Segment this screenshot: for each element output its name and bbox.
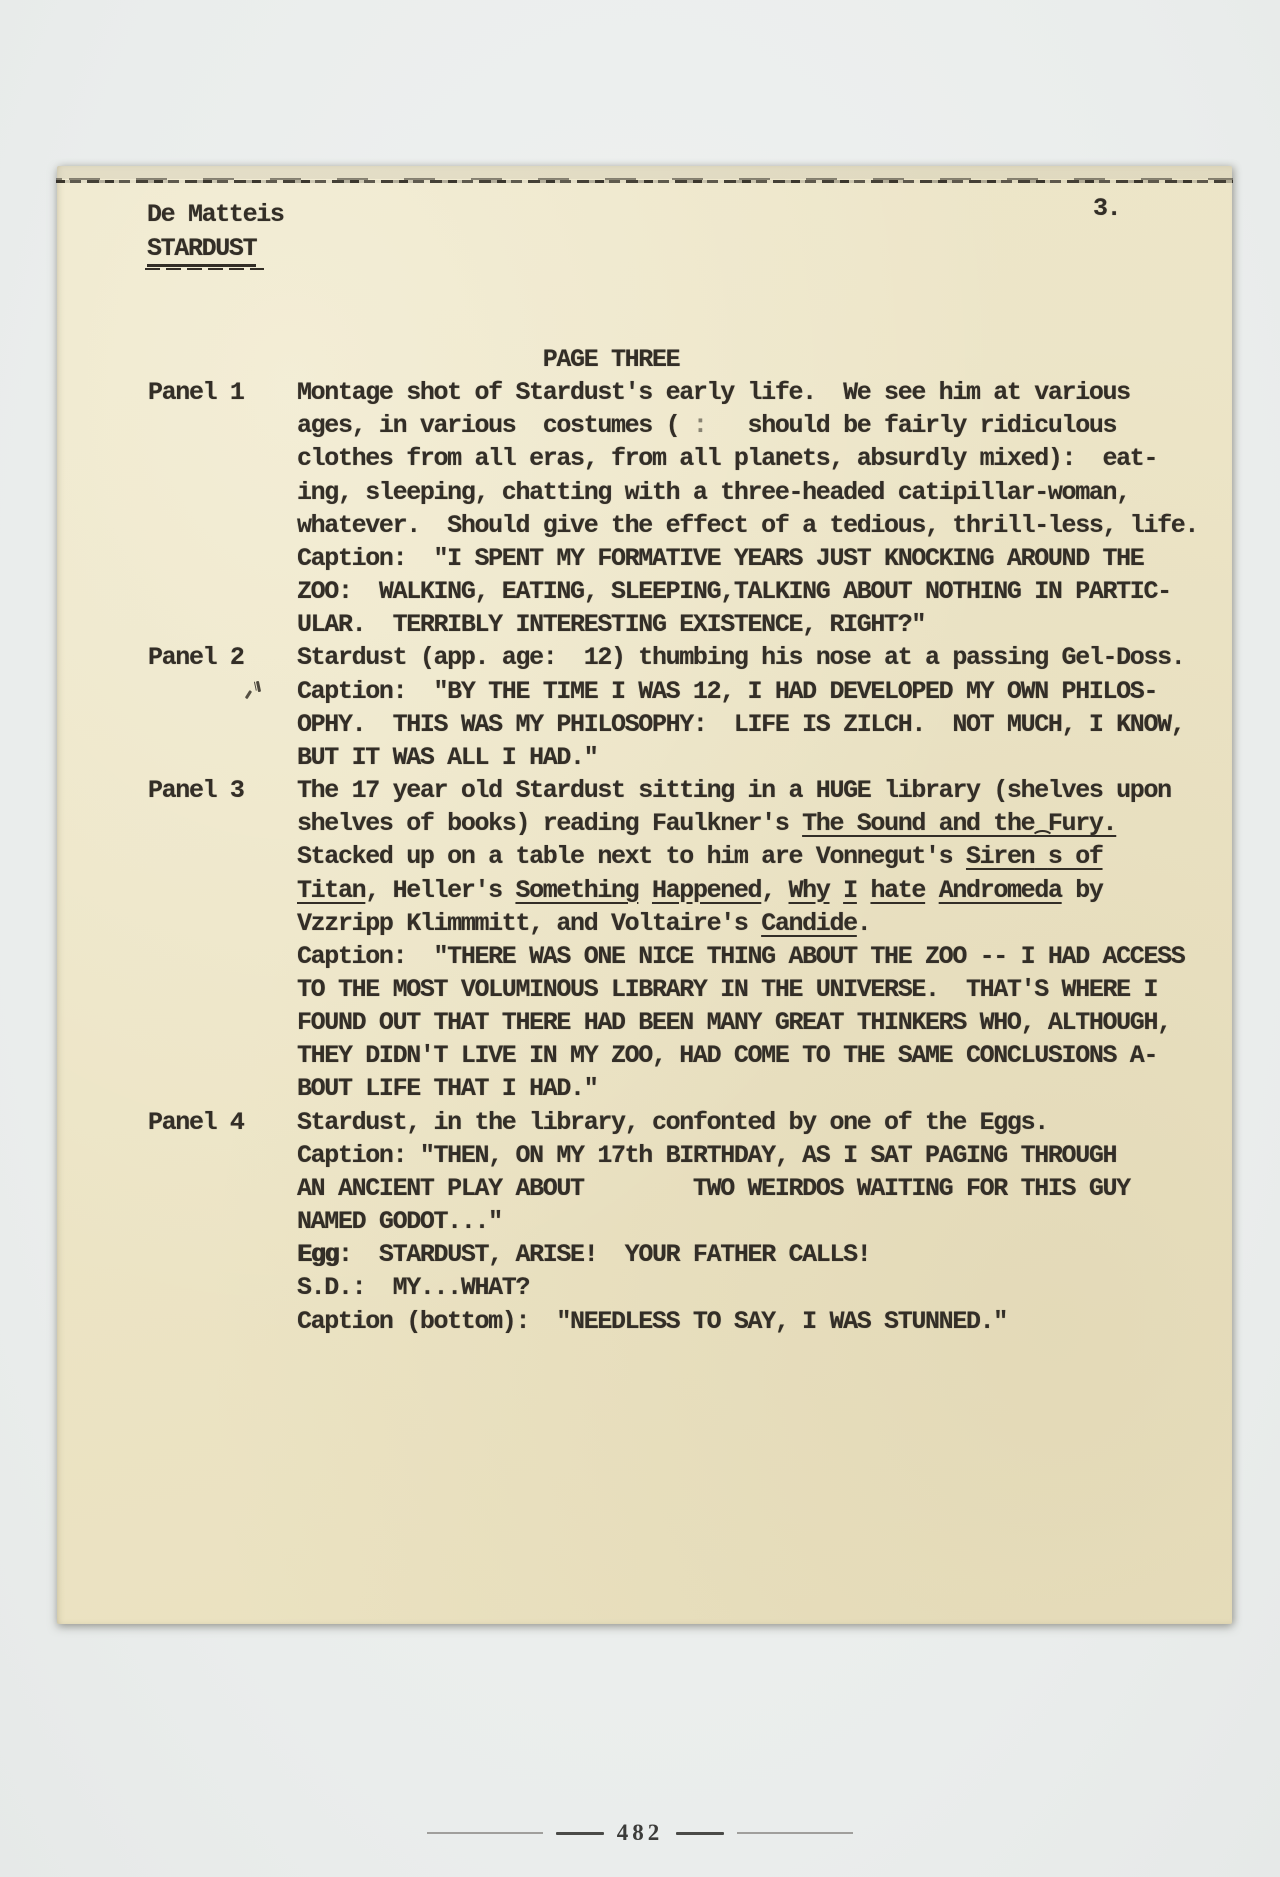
script-line-text: TO THE MOST VOLUMINOUS LIBRARY IN THE UN…: [297, 973, 1206, 1006]
panel-label: [148, 1305, 297, 1338]
script-line-text: S.D.: MY...WHAT?: [297, 1271, 1206, 1304]
panel-label: [148, 608, 297, 641]
text-segment: Vzzripp Klimmmitt, and Voltaire's: [297, 909, 761, 938]
footer-rule-right-thin: [737, 1832, 853, 1834]
text-segment: I: [843, 876, 857, 905]
text-segment: shelves of books) reading Faulkner's: [297, 809, 802, 838]
script-line-text: AN ANCIENT PLAY ABOUT TWO WEIRDOS WAITIN…: [297, 1172, 1206, 1205]
text-segment: The Sound and the Fury.: [802, 809, 1116, 838]
panel-label: Panel 3: [148, 774, 297, 807]
text-segment: THEY DIDN'T LIVE IN MY ZOO, HAD COME TO …: [297, 1041, 1157, 1070]
text-segment: Andromeda: [939, 876, 1062, 905]
script-line-text: Stacked up on a table next to him are Vo…: [297, 840, 1206, 873]
header-title: STARDUST: [147, 234, 256, 267]
text-segment: hate: [870, 876, 925, 905]
script-line: AN ANCIENT PLAY ABOUT TWO WEIRDOS WAITIN…: [148, 1172, 1206, 1205]
text-segment: .: [857, 909, 871, 938]
panel-label: [148, 973, 297, 1006]
script-line: PAGE THREE: [148, 343, 1206, 376]
panel-label: Panel 1: [148, 376, 297, 409]
text-segment: Happened: [652, 876, 761, 905]
text-segment: Montage shot of Stardust's early life. W…: [297, 378, 1130, 407]
script-line-text: Caption (bottom): "NEEDLESS TO SAY, I WA…: [297, 1305, 1206, 1338]
text-segment: Caption (bottom): "NEEDLESS TO SAY, I WA…: [297, 1307, 1007, 1336]
panel-label: [148, 741, 297, 774]
panel-label: [148, 409, 297, 442]
script-line-text: Caption: "THERE WAS ONE NICE THING ABOUT…: [297, 940, 1206, 973]
panel-label: [148, 542, 297, 575]
script-line: whatever. Should give the effect of a te…: [148, 509, 1206, 542]
text-segment: Caption: "THERE WAS ONE NICE THING ABOUT…: [297, 942, 1184, 971]
text-segment: Caption: "I SPENT MY FORMATIVE YEARS JUS…: [297, 544, 1143, 573]
text-segment: BOUT LIFE THAT I HAD.": [297, 1074, 597, 1103]
script-line-text: FOUND OUT THAT THERE HAD BEEN MANY GREAT…: [297, 1006, 1206, 1039]
text-segment: ,: [761, 876, 788, 905]
text-segment: Caption: "THEN, ON MY 17th BIRTHDAY, AS …: [297, 1141, 1116, 1170]
text-segment: clothes from all eras, from all planets,…: [297, 444, 1157, 473]
script-line: Caption: "THERE WAS ONE NICE THING ABOUT…: [148, 940, 1206, 973]
text-segment: Stardust, in the library, confonted by o…: [297, 1108, 1048, 1137]
text-segment: should be fairly ridiculous: [707, 411, 1117, 440]
script-line: ZOO: WALKING, EATING, SLEEPING,TALKING A…: [148, 575, 1206, 608]
panel-label: [148, 940, 297, 973]
script-line: Caption: "I SPENT MY FORMATIVE YEARS JUS…: [148, 542, 1206, 575]
panel-label: [148, 1205, 297, 1238]
script-line-text: Caption: "BY THE TIME I WAS 12, I HAD DE…: [297, 675, 1206, 708]
script-line: S.D.: MY...WHAT?: [148, 1271, 1206, 1304]
script-line-text: Caption: "THEN, ON MY 17th BIRTHDAY, AS …: [297, 1139, 1206, 1172]
panel-label: [148, 1006, 297, 1039]
text-segment: Why: [789, 876, 830, 905]
panel-label: [148, 1238, 297, 1271]
script-line: Caption: "BY THE TIME I WAS 12, I HAD DE…: [148, 675, 1206, 708]
script-lines: PAGE THREEPanel 1Montage shot of Stardus…: [148, 343, 1206, 1338]
panel-label: [148, 575, 297, 608]
script-line-text: ZOO: WALKING, EATING, SLEEPING,TALKING A…: [297, 575, 1206, 608]
script-line: ages, in various costumes ( : should be …: [148, 409, 1206, 442]
script-line-text: The 17 year old Stardust sitting in a HU…: [297, 774, 1206, 807]
text-segment: FOUND OUT THAT THERE HAD BEEN MANY GREAT…: [297, 1008, 1171, 1037]
text-segment: Egg: [297, 1240, 338, 1269]
script-line: Caption (bottom): "NEEDLESS TO SAY, I WA…: [148, 1305, 1206, 1338]
footer-rule-left-thin: [427, 1832, 543, 1834]
script-line: Vzzripp Klimmmitt, and Voltaire's Candid…: [148, 907, 1206, 940]
script-line-text: ULAR. TERRIBLY INTERESTING EXISTENCE, RI…: [297, 608, 1206, 641]
header-author: De Matteis: [147, 200, 284, 229]
script-line: Panel 1Montage shot of Stardust's early …: [148, 376, 1206, 409]
script-line-text: Montage shot of Stardust's early life. W…: [297, 376, 1206, 409]
text-segment: BUT IT WAS ALL I HAD.": [297, 743, 597, 772]
script-line-text: clothes from all eras, from all planets,…: [297, 442, 1206, 475]
text-segment: Siren: [966, 842, 1034, 871]
text-segment: ULAR. TERRIBLY INTERESTING EXISTENCE, RI…: [297, 610, 925, 639]
panel-label: [148, 442, 297, 475]
script-line: Panel 4Stardust, in the library, confont…: [148, 1106, 1206, 1139]
panel-label: [148, 476, 297, 509]
panel-label: [148, 1172, 297, 1205]
script-line: BOUT LIFE THAT I HAD.": [148, 1072, 1206, 1105]
script-line: Stacked up on a table next to him are Vo…: [148, 840, 1206, 873]
script-line-text: Egg: STARDUST, ARISE! YOUR FATHER CALLS!: [297, 1238, 1206, 1271]
footer-rule-left-thick: [556, 1832, 604, 1835]
text-segment: The 17 year old Stardust sitting in a HU…: [297, 776, 1171, 805]
script-line: ing, sleeping, chatting with a three-hea…: [148, 476, 1206, 509]
insertion-caret-icon: [1034, 842, 1048, 871]
photocopy-edge-artifact: [56, 178, 1233, 184]
panel-label: [148, 1139, 297, 1172]
book-page-number: 482: [617, 1820, 664, 1846]
script-line-text: BUT IT WAS ALL I HAD.": [297, 741, 1206, 774]
text-segment: Stardust (app. age: 12) thumbing his nos…: [297, 643, 1184, 672]
text-segment: : STARDUST, ARISE! YOUR FATHER CALLS!: [338, 1240, 870, 1269]
panel-label: Panel 2: [148, 641, 297, 674]
header-title-text: STARDUST: [147, 234, 256, 267]
panel-label: [148, 907, 297, 940]
text-segment: ages, in various costumes (: [297, 411, 693, 440]
script-line-text: NAMED GODOT...": [297, 1205, 1206, 1238]
script-line: FOUND OUT THAT THERE HAD BEEN MANY GREAT…: [148, 1006, 1206, 1039]
script-line-text: ing, sleeping, chatting with a three-hea…: [297, 476, 1206, 509]
panel-label: Panel 4: [148, 1106, 297, 1139]
panel-label: [148, 1271, 297, 1304]
text-segment: S.D.: MY...WHAT?: [297, 1273, 529, 1302]
text-segment: AN ANCIENT PLAY ABOUT TWO WEIRDOS WAITIN…: [297, 1174, 1130, 1203]
script-line-text: THEY DIDN'T LIVE IN MY ZOO, HAD COME TO …: [297, 1039, 1206, 1072]
script-line: ULAR. TERRIBLY INTERESTING EXISTENCE, RI…: [148, 608, 1206, 641]
panel-label: [148, 675, 297, 708]
script-line-text: Stardust, in the library, confonted by o…: [297, 1106, 1206, 1139]
script-line: Panel 3The 17 year old Stardust sitting …: [148, 774, 1206, 807]
text-segment: [638, 876, 652, 905]
script-page-paper: De Matteis STARDUST 3. PAGE THREEPanel 1…: [57, 166, 1232, 1624]
panel-label: [148, 807, 297, 840]
script-line-text: shelves of books) reading Faulkner's The…: [297, 807, 1206, 840]
text-segment: Titan: [297, 876, 365, 905]
text-segment: OPHY. THIS WAS MY PHILOSOPHY: LIFE IS ZI…: [297, 710, 1184, 739]
text-segment: [830, 876, 844, 905]
text-segment: s of: [1048, 842, 1103, 871]
text-segment: :: [693, 411, 707, 440]
text-segment: Stacked up on a table next to him are Vo…: [297, 842, 966, 871]
text-segment: PAGE THREE: [297, 345, 679, 374]
text-segment: ing, sleeping, chatting with a three-hea…: [297, 478, 1130, 507]
handwritten-tick-icon: [245, 680, 267, 702]
script-line-text: Titan, Heller's Something Happened, Why …: [297, 874, 1206, 907]
text-segment: Something: [515, 876, 638, 905]
script-line: NAMED GODOT...": [148, 1205, 1206, 1238]
panel-label: [148, 874, 297, 907]
script-line: OPHY. THIS WAS MY PHILOSOPHY: LIFE IS ZI…: [148, 708, 1206, 741]
script-line: Titan, Heller's Something Happened, Why …: [148, 874, 1206, 907]
panel-label: [148, 1072, 297, 1105]
panel-label: [148, 1039, 297, 1072]
panel-label: [148, 343, 297, 376]
panel-label: [148, 509, 297, 542]
text-segment: by: [1062, 876, 1103, 905]
script-line: Egg: STARDUST, ARISE! YOUR FATHER CALLS!: [148, 1238, 1206, 1271]
header-page-number: 3.: [1093, 194, 1120, 223]
scanned-script-page-background: { "page_header": { "author": "De Matteis…: [0, 0, 1280, 1877]
text-segment: [925, 876, 939, 905]
script-line: THEY DIDN'T LIVE IN MY ZOO, HAD COME TO …: [148, 1039, 1206, 1072]
book-page-footer: 482: [0, 1820, 1280, 1846]
script-line-text: OPHY. THIS WAS MY PHILOSOPHY: LIFE IS ZI…: [297, 708, 1206, 741]
text-segment: Caption: "BY THE TIME I WAS 12, I HAD DE…: [297, 677, 1157, 706]
script-line: TO THE MOST VOLUMINOUS LIBRARY IN THE UN…: [148, 973, 1206, 1006]
text-segment: TO THE MOST VOLUMINOUS LIBRARY IN THE UN…: [297, 975, 1157, 1004]
panel-label: [148, 840, 297, 873]
text-segment: , Heller's: [365, 876, 515, 905]
script-line-text: Vzzripp Klimmmitt, and Voltaire's Candid…: [297, 907, 1206, 940]
script-line-text: PAGE THREE: [297, 343, 1206, 376]
script-line-text: ages, in various costumes ( : should be …: [297, 409, 1206, 442]
script-line: Caption: "THEN, ON MY 17th BIRTHDAY, AS …: [148, 1139, 1206, 1172]
script-line-text: whatever. Should give the effect of a te…: [297, 509, 1206, 542]
text-segment: whatever. Should give the effect of a te…: [297, 511, 1198, 540]
script-line: BUT IT WAS ALL I HAD.": [148, 741, 1206, 774]
script-line-text: Caption: "I SPENT MY FORMATIVE YEARS JUS…: [297, 542, 1206, 575]
text-segment: ZOO: WALKING, EATING, SLEEPING,TALKING A…: [297, 577, 1171, 606]
script-line-text: BOUT LIFE THAT I HAD.": [297, 1072, 1206, 1105]
script-line: clothes from all eras, from all planets,…: [148, 442, 1206, 475]
script-line-text: Stardust (app. age: 12) thumbing his nos…: [297, 641, 1206, 674]
panel-label: [148, 708, 297, 741]
text-segment: NAMED GODOT...": [297, 1207, 502, 1236]
script-line: Panel 2Stardust (app. age: 12) thumbing …: [148, 641, 1206, 674]
text-segment: Candide: [761, 909, 857, 938]
footer-rule-right-thick: [676, 1832, 724, 1835]
text-segment: [857, 876, 871, 905]
